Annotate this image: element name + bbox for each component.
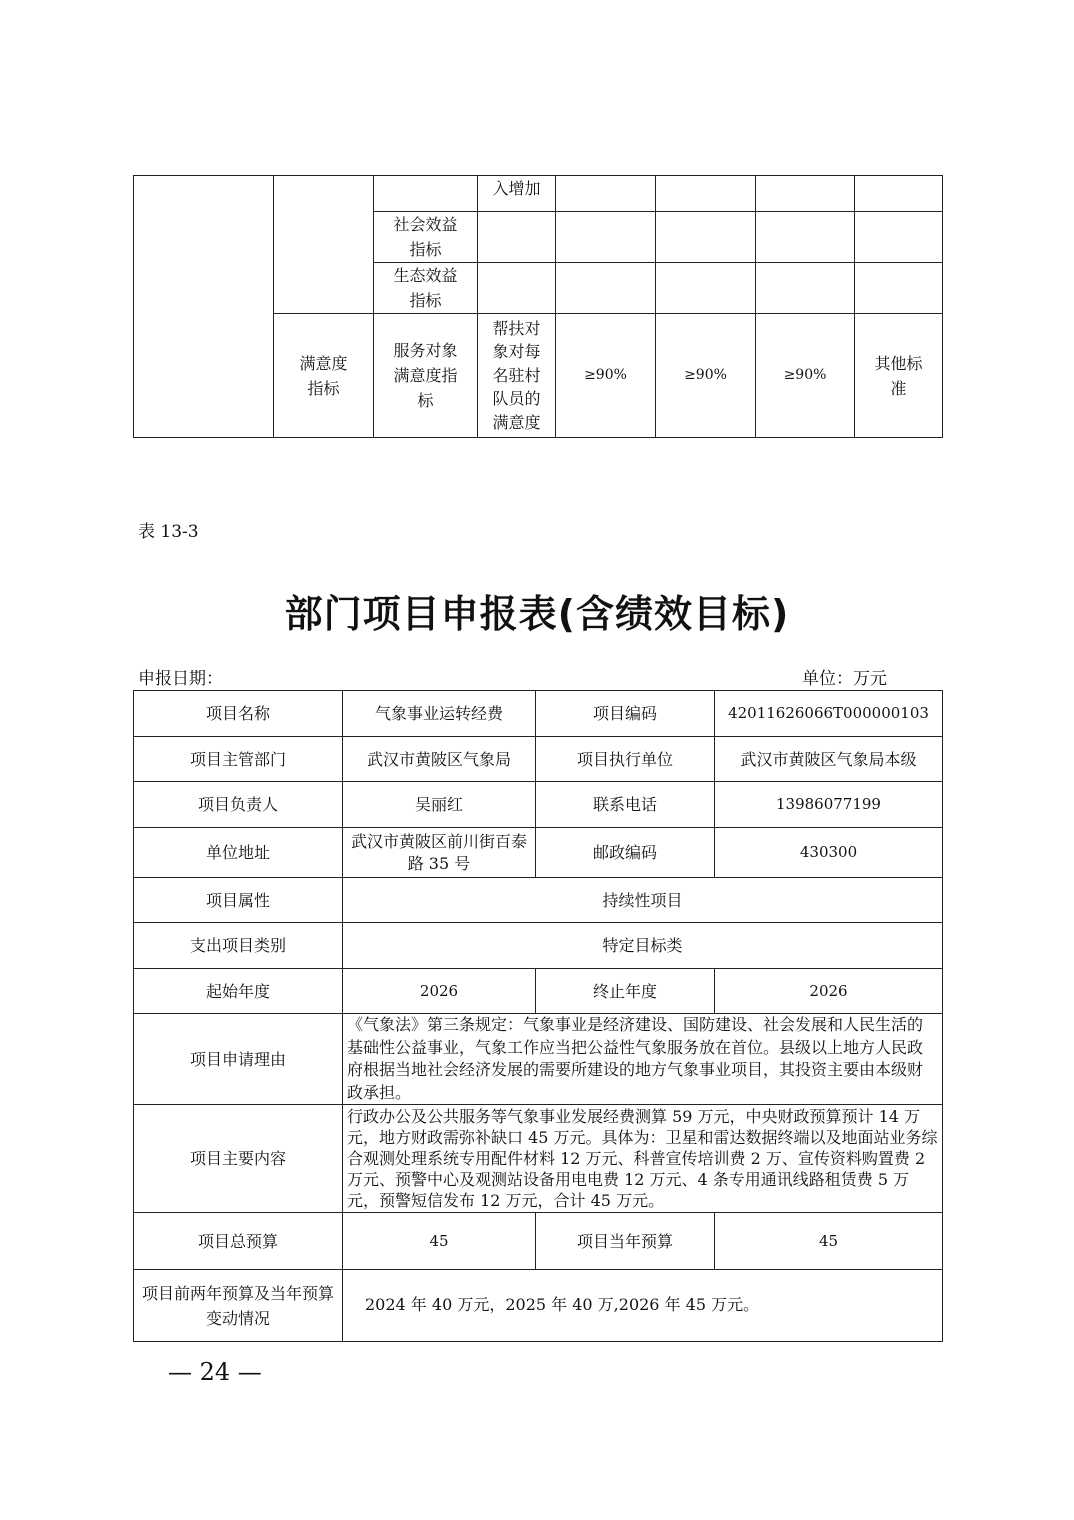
report-date-label: 申报日期： <box>138 664 223 689</box>
field-label: 起始年度 <box>134 969 343 1014</box>
cell <box>556 176 656 212</box>
field-label: 项目主要内容 <box>134 1105 343 1213</box>
cell <box>656 212 756 263</box>
cell <box>478 263 556 314</box>
indicator-name: 社会效益指标 <box>374 212 478 263</box>
indicator-name: 服务对象满意度指标 <box>374 314 478 438</box>
table-row: 项目前两年预算及当年预算变动情况 2024 年 40 万元，2025 年 40 … <box>134 1270 943 1342</box>
indicator-category: 满意度指标 <box>274 314 374 438</box>
performance-indicator-table-continued: 入增加 社会效益指标 生态效益指标 满意度指标 服务对象满意度指标 帮扶对象对每… <box>133 175 943 438</box>
field-label: 联系电话 <box>536 782 715 828</box>
cell <box>756 212 855 263</box>
table-row: 项目主要内容 行政办公及公共服务等气象事业发展经费测算 59 万元，中央财政预算… <box>134 1105 943 1213</box>
field-label: 项目当年预算 <box>536 1213 715 1270</box>
category-value: 特定目标类 <box>343 923 943 969</box>
empty-cell <box>274 176 374 314</box>
indicator-name: 生态效益指标 <box>374 263 478 314</box>
dept-value: 武汉市黄陂区气象局 <box>343 737 536 782</box>
exec-unit-value: 武汉市黄陂区气象局本级 <box>715 737 943 782</box>
history-value: 2024 年 40 万元，2025 年 40 万,2026 年 45 万元。 <box>343 1270 943 1342</box>
field-label: 终止年度 <box>536 969 715 1014</box>
project-code-value: 42011626066T000000103 <box>715 691 943 737</box>
table-row: 支出项目类别 特定目标类 <box>134 923 943 969</box>
table-row: 单位地址 武汉市黄陂区前川街百泰路 35 号 邮政编码 430300 <box>134 828 943 878</box>
cell <box>656 176 756 212</box>
cell <box>656 263 756 314</box>
table-row: 入增加 <box>134 176 943 212</box>
cell <box>756 263 855 314</box>
attribute-value: 持续性项目 <box>343 878 943 923</box>
cell: 入增加 <box>478 176 556 212</box>
table-row: 项目名称 气象事业运转经费 项目编码 42011626066T000000103 <box>134 691 943 737</box>
cell <box>756 176 855 212</box>
cell <box>855 212 943 263</box>
indicator-detail: 帮扶对象对每名驻村队员的满意度 <box>478 314 556 438</box>
cell <box>556 263 656 314</box>
field-label: 邮政编码 <box>536 828 715 878</box>
field-label: 项目申请理由 <box>134 1014 343 1105</box>
end-year-value: 2026 <box>715 969 943 1014</box>
table-row: 项目负责人 吴丽红 联系电话 13986077199 <box>134 782 943 828</box>
table-label: 表 13-3 <box>138 517 199 542</box>
field-label: 项目执行单位 <box>536 737 715 782</box>
field-label: 项目前两年预算及当年预算变动情况 <box>134 1270 343 1342</box>
cell <box>478 212 556 263</box>
start-year-value: 2026 <box>343 969 536 1014</box>
field-label: 项目负责人 <box>134 782 343 828</box>
reason-value: 《气象法》第三条规定：气象事业是经济建设、国防建设、社会发展和人民生活的基础性公… <box>343 1014 943 1105</box>
target-value: ≥90% <box>556 314 656 438</box>
project-application-table: 项目名称 气象事业运转经费 项目编码 42011626066T000000103… <box>133 690 943 1342</box>
cell <box>855 263 943 314</box>
empty-cell <box>134 176 274 438</box>
table-row: 项目属性 持续性项目 <box>134 878 943 923</box>
field-label: 项目名称 <box>134 691 343 737</box>
content-value: 行政办公及公共服务等气象事业发展经费测算 59 万元，中央财政预算预计 14 万… <box>343 1105 943 1213</box>
table-row: 起始年度 2026 终止年度 2026 <box>134 969 943 1014</box>
cell <box>855 176 943 212</box>
field-label: 支出项目类别 <box>134 923 343 969</box>
unit-label: 单位：万元 <box>802 664 887 689</box>
phone-value: 13986077199 <box>715 782 943 828</box>
field-label: 单位地址 <box>134 828 343 878</box>
postcode-value: 430300 <box>715 828 943 878</box>
field-label: 项目总预算 <box>134 1213 343 1270</box>
project-name-value: 气象事业运转经费 <box>343 691 536 737</box>
cell <box>374 176 478 212</box>
cell <box>556 212 656 263</box>
table-row: 项目主管部门 武汉市黄陂区气象局 项目执行单位 武汉市黄陂区气象局本级 <box>134 737 943 782</box>
page-title: 部门项目申报表(含绩效目标) <box>0 583 1074 638</box>
table-row: 项目申请理由 《气象法》第三条规定：气象事业是经济建设、国防建设、社会发展和人民… <box>134 1014 943 1105</box>
leader-value: 吴丽红 <box>343 782 536 828</box>
field-label: 项目主管部门 <box>134 737 343 782</box>
address-value: 武汉市黄陂区前川街百泰路 35 号 <box>343 828 536 878</box>
target-value: ≥90% <box>656 314 756 438</box>
target-value: ≥90% <box>756 314 855 438</box>
field-label: 项目编码 <box>536 691 715 737</box>
field-label: 项目属性 <box>134 878 343 923</box>
standard-type: 其他标准 <box>855 314 943 438</box>
page-number: — 24 — <box>168 1358 262 1386</box>
total-budget-value: 45 <box>343 1213 536 1270</box>
table-row: 项目总预算 45 项目当年预算 45 <box>134 1213 943 1270</box>
year-budget-value: 45 <box>715 1213 943 1270</box>
